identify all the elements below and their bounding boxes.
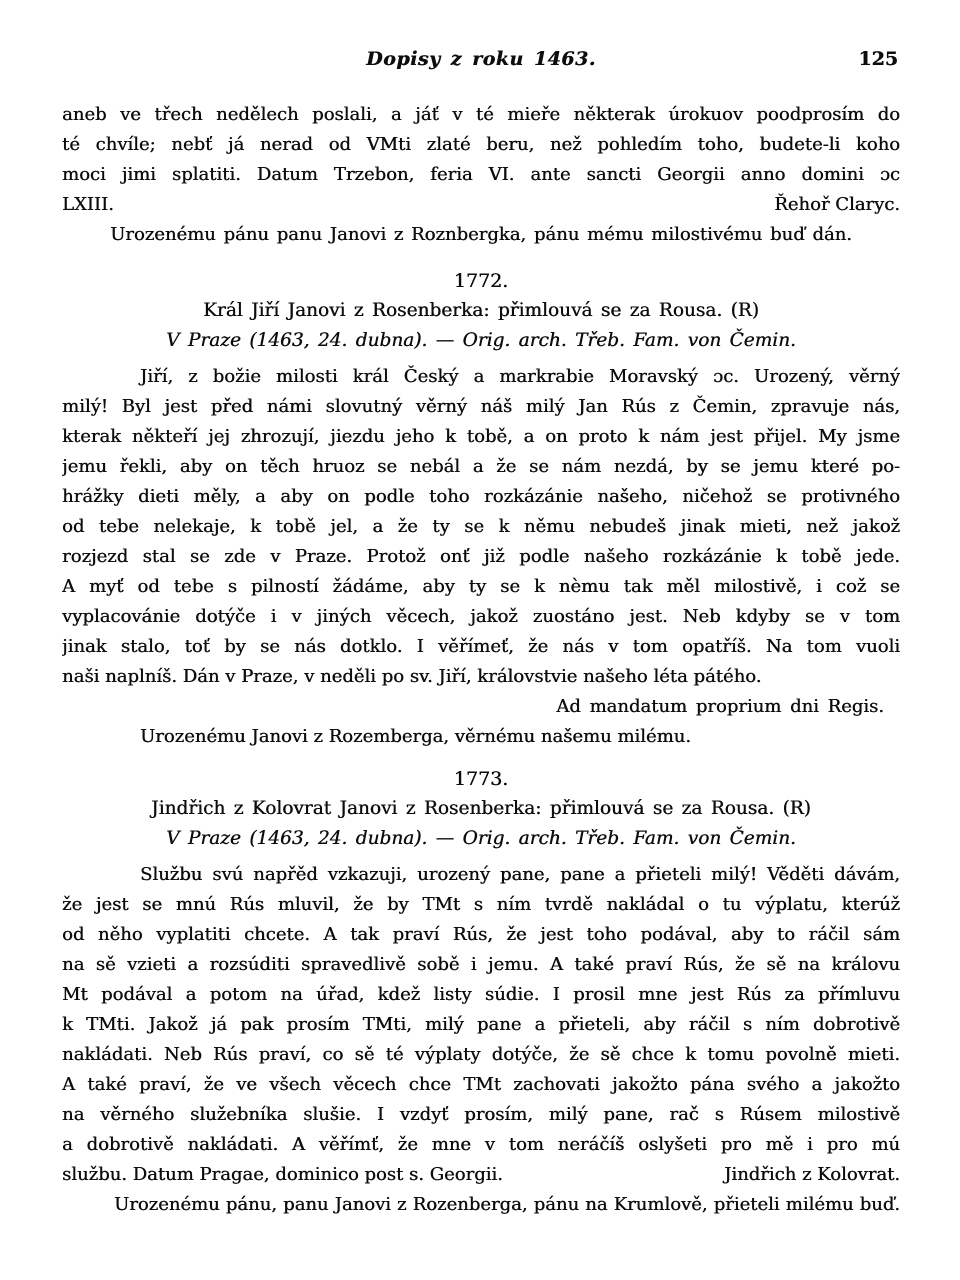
body-line: Mt podával a potom na úřad, kdež listy s… — [62, 980, 900, 1010]
body-line: hrážky dieti měly, a aby on podle toho r… — [62, 482, 900, 512]
letter-1772: 1772. Král Jiří Janovi z Rosenberka: při… — [62, 266, 900, 752]
running-title: Dopisy z roku 1463. — [62, 46, 900, 72]
body-line: naši naplníš. Dán v Praze, v neděli po s… — [62, 662, 900, 692]
body-line: že jest se mnú Rús mluvil, že by TMt s n… — [62, 890, 900, 920]
body-line: kterak někteří jej zhrozují, jiezdu jeho… — [62, 422, 900, 452]
page-number: 125 — [858, 46, 898, 72]
letter-heading: Král Jiří Janovi z Rosenberka: přimlouvá… — [62, 296, 900, 326]
running-head: Dopisy z roku 1463. 125 — [62, 46, 900, 76]
letter-1773: 1773. Jindřich z Kolovrat Janovi z Rosen… — [62, 764, 900, 1220]
mandatum-note: Ad mandatum proprium dni Regis. — [62, 692, 900, 722]
letter-body: Jiří, z božie milosti král Český a markr… — [62, 362, 900, 692]
letter-body: Službu svú napřěd vzkazuji, urozený pane… — [62, 860, 900, 1190]
body-line: nakládati. Neb Rús praví, co sě té výpla… — [62, 1040, 900, 1070]
signature: Jindřich z Kolovrat. — [724, 1160, 900, 1190]
letter-number: 1772. — [62, 266, 900, 296]
letter-continuation: aneb ve třech nedělech poslali, a jáť v … — [62, 100, 900, 250]
body-line: Službu svú napřěd vzkazuji, urozený pane… — [62, 860, 900, 890]
body-line: A myť od tebe s pilností žádáme, aby ty … — [62, 572, 900, 602]
address-line: Urozenému Janovi z Rozemberga, věrnému n… — [62, 722, 900, 752]
body-line: milý! Byl jest před námi slovutný věrný … — [62, 392, 900, 422]
body-line: jemu řekli, aby on těch hruoz se nebál a… — [62, 452, 900, 482]
letter-heading: Jindřich z Kolovrat Janovi z Rosenberka:… — [62, 794, 900, 824]
address-line: Urozenému pánu, panu Janovi z Rozenberga… — [62, 1190, 900, 1220]
body-line: té chvíle; nebť já nerad od VMti zlaté b… — [62, 130, 900, 160]
body-line: A také praví, že ve všech věcech chce TM… — [62, 1070, 900, 1100]
body-line: od tebe nelekaje, k tobě jel, a že ty se… — [62, 512, 900, 542]
closing-line: službu. Datum Pragae, dominico post s. G… — [62, 1160, 900, 1190]
book-page: Dopisy z roku 1463. 125 aneb ve třech ne… — [0, 0, 960, 1280]
address-line: Urozenému pánu panu Janovi z Roznbergka,… — [62, 220, 900, 250]
letter-number: 1773. — [62, 764, 900, 794]
dateline-end: LXIII. — [62, 190, 114, 220]
letter-source: V Praze (1463, 24. dubna). — Orig. arch.… — [62, 824, 900, 860]
signature: Řehoř Claryc. — [774, 190, 900, 220]
body-line: Jiří, z božie milosti král Český a markr… — [62, 362, 900, 392]
body-line: vyplacovánie dotýče i v jiných věcech, j… — [62, 602, 900, 632]
body-line: a dobrotivě nakládati. A věřímť, že mne … — [62, 1130, 900, 1160]
body-line: aneb ve třech nedělech poslali, a jáť v … — [62, 100, 900, 130]
body-line: na sě vzieti a rozsúditi spravedlivě sob… — [62, 950, 900, 980]
letter-source: V Praze (1463, 24. dubna). — Orig. arch.… — [62, 326, 900, 362]
body-line: na věrného služebníka slušie. I vzdyť pr… — [62, 1100, 900, 1130]
dateline-end: službu. Datum Pragae, dominico post s. G… — [62, 1160, 503, 1190]
body-line: k TMti. Jakož já pak prosím TMti, milý p… — [62, 1010, 900, 1040]
body-line: jinak stalo, toť by se nás dotklo. I věř… — [62, 632, 900, 662]
body-line: od něho vyplatiti chcete. A tak praví Rú… — [62, 920, 900, 950]
body-line: rozjezd stal se zde v Praze. Protož onť … — [62, 542, 900, 572]
body-line: moci jimi splatiti. Datum Trzebon, feria… — [62, 160, 900, 190]
closing-line: LXIII. Řehoř Claryc. — [62, 190, 900, 220]
